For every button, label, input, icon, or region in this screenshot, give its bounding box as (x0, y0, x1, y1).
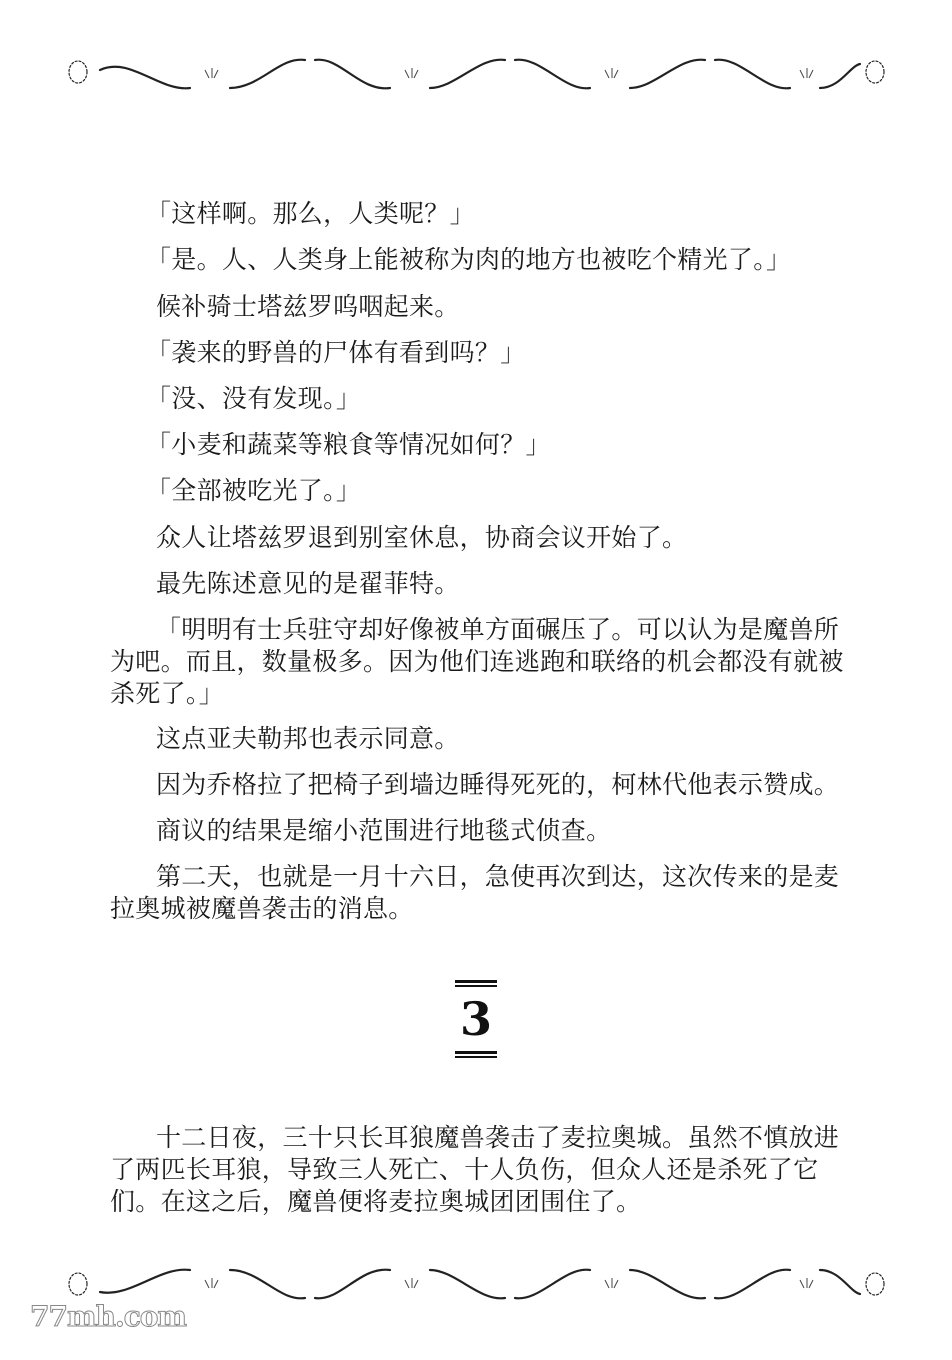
section-break: 3 (455, 980, 497, 1058)
dialogue-paragraph: 「小麦和蔬菜等粮食等情况如何？」 (110, 429, 850, 461)
dialogue-paragraph: 「全部被吃光了。」 (110, 475, 850, 507)
dialogue-paragraph: 「这样啊。那么，人类呢？」 (110, 198, 850, 230)
top-ornament-border (60, 52, 892, 96)
narration-paragraph: 十二日夜，三十只长耳狼魔兽袭击了麦拉奥城。虽然不慎放进了两匹长耳狼，导致三人死亡… (110, 1122, 850, 1218)
section-number: 3 (455, 987, 497, 1051)
narration-paragraph: 这点亚夫勒邦也表示同意。 (110, 723, 850, 755)
narration-paragraph: 最先陈述意见的是翟菲特。 (110, 568, 850, 600)
narration-paragraph: 第二天，也就是一月十六日，急使再次到达，这次传来的是麦拉奥城被魔兽袭击的消息。 (110, 861, 850, 925)
dialogue-paragraph: 「袭来的野兽的尸体有看到吗？」 (110, 337, 850, 369)
narration-paragraph: 商议的结果是缩小范围进行地毯式侦查。 (110, 815, 850, 847)
dialogue-paragraph: 「是。人、人类身上能被称为肉的地方也被吃个精光了。」 (110, 244, 850, 276)
site-watermark: 77mh.com (30, 1300, 186, 1333)
narration-paragraph: 候补骑士塔兹罗呜咽起来。 (110, 291, 850, 323)
narration-paragraph: 众人让塔兹罗退到别室休息，协商会议开始了。 (110, 522, 850, 554)
double-rule-bottom (455, 1051, 497, 1058)
dialogue-paragraph: 「明明有士兵驻守却好像被单方面碾压了。可以认为是魔兽所为吧。而且，数量极多。因为… (110, 614, 850, 710)
dialogue-paragraph: 「没、没有发现。」 (110, 383, 850, 415)
scroll-ornament-icon (60, 52, 892, 96)
narration-paragraph: 因为乔格拉了把椅子到墙边睡得死死的，柯林代他表示赞成。 (110, 769, 850, 801)
double-rule-top (455, 980, 497, 987)
